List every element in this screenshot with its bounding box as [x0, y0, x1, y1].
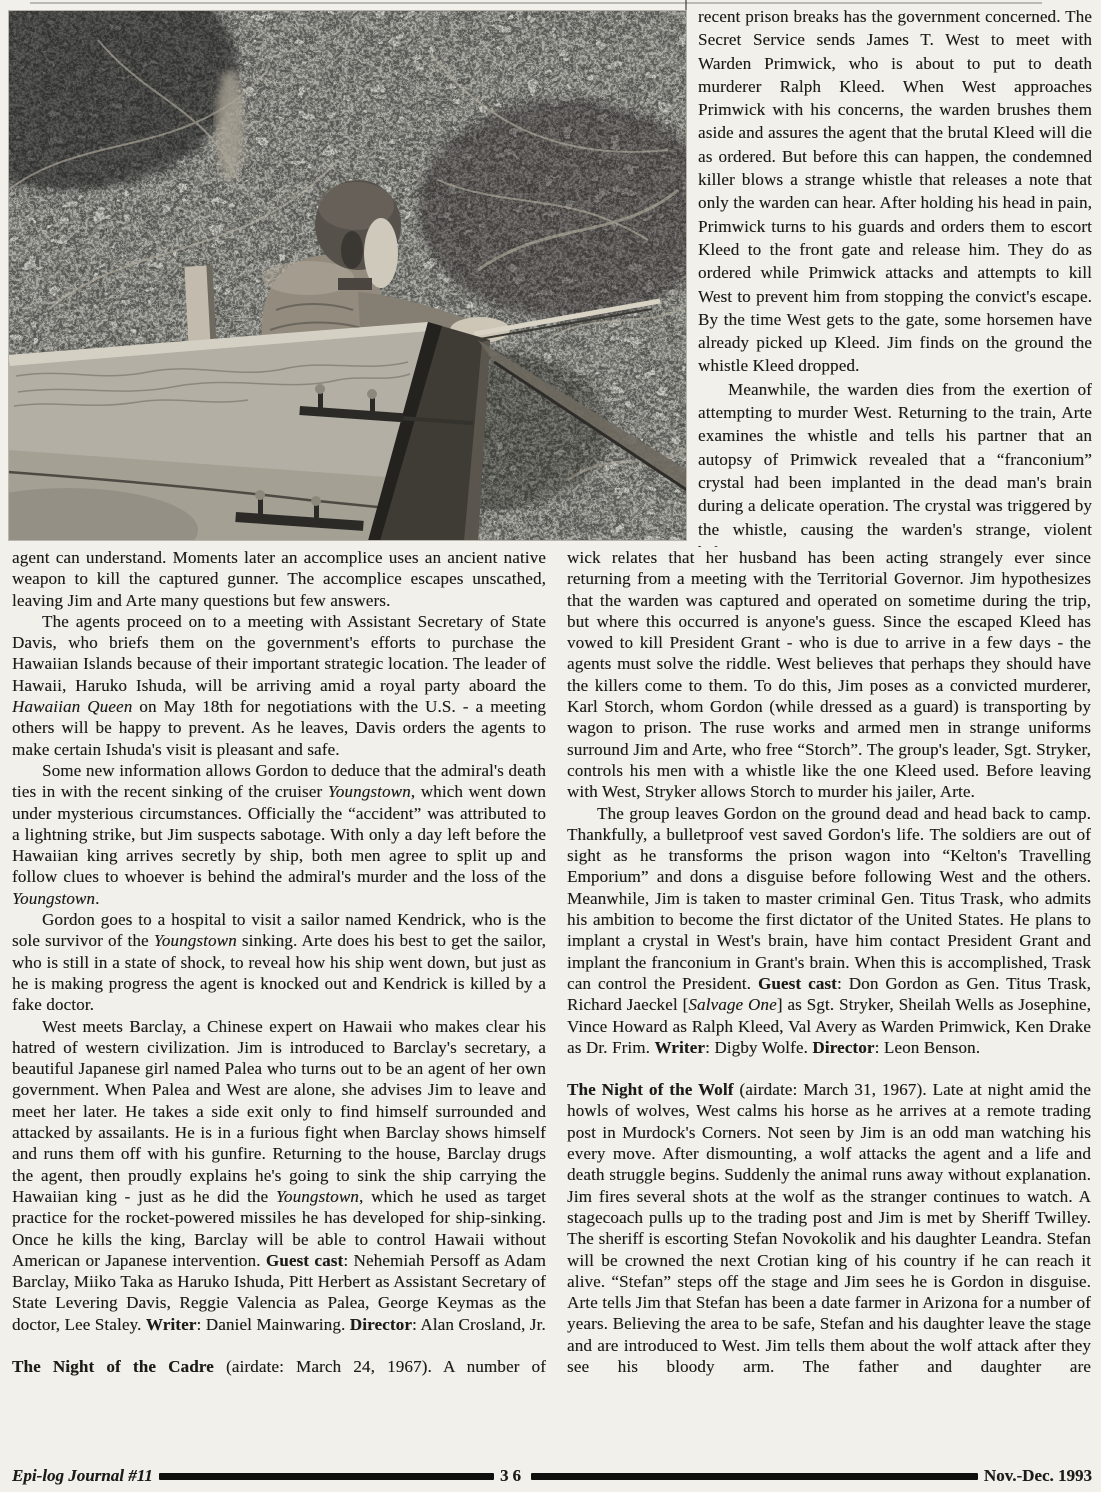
text-run: .	[95, 889, 99, 908]
episode-photo-art	[8, 10, 687, 541]
paragraph: The Night of the Wolf (airdate: March 31…	[567, 1079, 1091, 1377]
text-run: : Alan Crosland, Jr.	[412, 1315, 546, 1334]
cattail-highlight	[216, 70, 244, 180]
text-run: Guest cast	[758, 974, 837, 993]
journal-title: Epi-log Journal #11	[12, 1466, 153, 1486]
text-run: Salvage One	[688, 995, 776, 1014]
text-run: Youngstown	[276, 1187, 359, 1206]
paragraph: The agents proceed on to a meeting with …	[12, 611, 546, 760]
text-run: Youngstown	[154, 931, 237, 950]
column-top-right: recent prison breaks has the government …	[698, 5, 1092, 547]
text-run: (airdate: March 24, 1967). A number of	[214, 1357, 546, 1376]
footer-rule-right	[531, 1473, 978, 1480]
paragraph: Some new information allows Gordon to de…	[12, 760, 546, 909]
paragraph: Meanwhile, the warden dies from the exer…	[698, 378, 1092, 547]
column-right: wick relates that her husband has been a…	[567, 547, 1091, 1461]
paragraph: wick relates that her husband has been a…	[567, 547, 1091, 803]
text-run: Hawaiian Queen	[12, 697, 132, 716]
text-run: The agents proceed on to a meeting with …	[12, 612, 546, 695]
text-run: The Night of the Wolf	[567, 1080, 734, 1099]
text-run: (airdate: March 31, 1967). Late at night…	[567, 1080, 1091, 1376]
paragraph: The Night of the Cadre (airdate: March 2…	[12, 1356, 546, 1377]
text-run: Director	[350, 1315, 412, 1334]
text-run: Director	[812, 1038, 874, 1057]
text-run: The group leaves Gordon on the ground de…	[567, 804, 1091, 993]
text-run: Writer	[146, 1315, 197, 1334]
text-run: agent can understand. Moments later an a…	[12, 548, 546, 610]
text-run: wick relates that her husband has been a…	[567, 548, 1091, 801]
paragraph: The group leaves Gordon on the ground de…	[567, 803, 1091, 1059]
text-run: : Digby Wolfe.	[705, 1038, 812, 1057]
text-run: The Night of the Cadre	[12, 1357, 214, 1376]
scan-artifact-top-line	[30, 2, 1042, 4]
text-run: Youngstown	[328, 782, 411, 801]
page-footer: Epi-log Journal #11 36 Nov.-Dec. 1993	[12, 1464, 1092, 1488]
text-run: Guest cast	[266, 1251, 343, 1270]
page-number: 36	[500, 1466, 525, 1486]
text-run: : Daniel Mainwaring.	[197, 1315, 350, 1334]
issue-date: Nov.-Dec. 1993	[984, 1466, 1092, 1486]
paragraph: agent can understand. Moments later an a…	[12, 547, 546, 611]
text-run: Writer	[654, 1038, 705, 1057]
text-run: recent prison breaks has the government …	[698, 7, 1092, 375]
episode-photo	[8, 10, 687, 541]
paragraph: recent prison breaks has the government …	[698, 5, 1092, 378]
paragraph: Gordon goes to a hospital to visit a sai…	[12, 909, 546, 1015]
text-run: Youngstown	[12, 889, 95, 908]
column-left: agent can understand. Moments later an a…	[12, 547, 546, 1461]
text-run: : Leon Benson.	[875, 1038, 981, 1057]
text-run: West meets Barclay, a Chinese expert on …	[12, 1017, 546, 1206]
paragraph: West meets Barclay, a Chinese expert on …	[12, 1016, 546, 1335]
text-run: Meanwhile, the warden dies from the exer…	[698, 380, 1092, 547]
footer-rule-left	[159, 1473, 494, 1480]
